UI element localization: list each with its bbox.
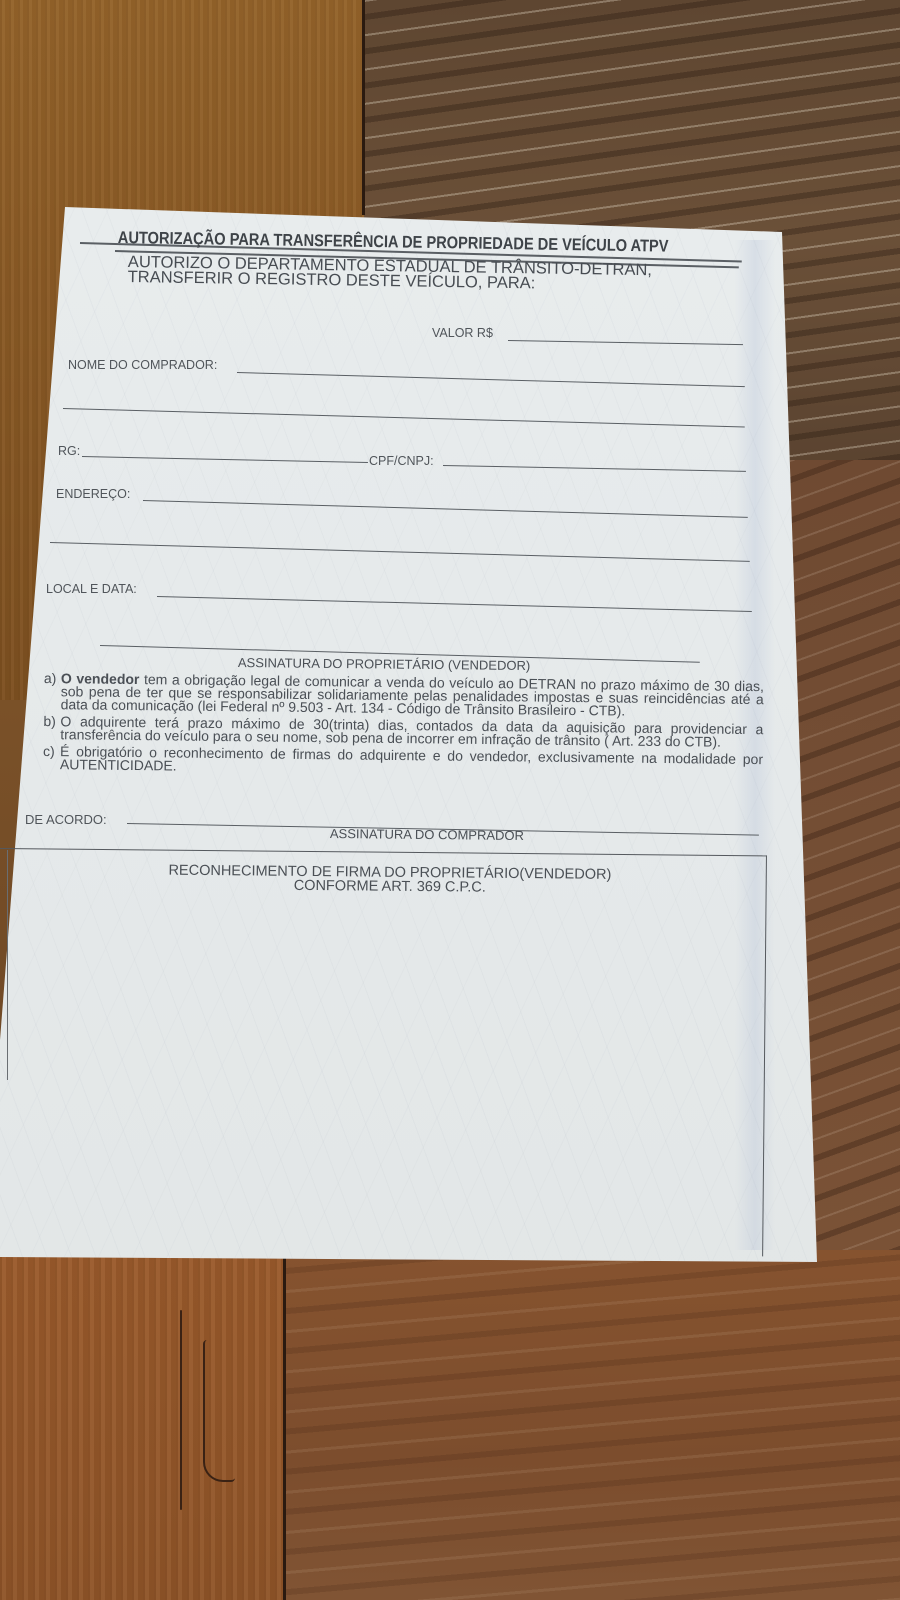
endereco-field[interactable] bbox=[143, 500, 748, 518]
form-subtitle: AUTORIZO O DEPARTAMENTO ESTADUAL DE TRÂN… bbox=[128, 255, 653, 293]
note-body: tem a obrigação legal de comunicar a ven… bbox=[61, 671, 764, 719]
rg-field[interactable] bbox=[82, 456, 368, 463]
note-text: É obrigatório o reconhecimento de firmas… bbox=[60, 745, 763, 779]
atpv-form: AUTORIZAÇÃO PARA TRANSFERÊNCIA DE PROPRI… bbox=[0, 0, 900, 1600]
note-c: c) É obrigatório o reconhecimento de fir… bbox=[43, 745, 763, 779]
valor-field[interactable] bbox=[508, 340, 743, 345]
de-acordo-label: DE ACORDO: bbox=[25, 812, 107, 827]
note-marker: a) bbox=[44, 672, 61, 711]
legal-notes: a) O vendedor tem a obrigação legal de c… bbox=[43, 672, 764, 783]
nome-comprador-field-line2[interactable] bbox=[63, 408, 745, 427]
cpf-cnpj-label: CPF/CNPJ: bbox=[369, 454, 434, 468]
cpf-cnpj-field[interactable] bbox=[443, 465, 746, 472]
buyer-signature-caption: ASSINATURA DO COMPRADOR bbox=[330, 826, 524, 843]
valor-label: VALOR R$ bbox=[432, 326, 493, 340]
nome-comprador-label: NOME DO COMPRADOR: bbox=[68, 358, 217, 372]
notary-recognition-box[interactable] bbox=[0, 848, 767, 1256]
note-text: O vendedor tem a obrigação legal de comu… bbox=[61, 672, 764, 719]
note-marker: b) bbox=[43, 715, 60, 741]
rg-label: RG: bbox=[58, 444, 80, 458]
seller-signature-caption: ASSINATURA DO PROPRIETÁRIO (VENDEDOR) bbox=[238, 655, 530, 673]
note-marker: c) bbox=[43, 745, 60, 771]
endereco-field-line2[interactable] bbox=[50, 542, 750, 562]
endereco-label: ENDEREÇO: bbox=[56, 487, 130, 501]
note-a: a) O vendedor tem a obrigação legal de c… bbox=[44, 672, 764, 719]
local-data-label: LOCAL E DATA: bbox=[46, 582, 137, 596]
nome-comprador-field[interactable] bbox=[237, 372, 745, 387]
local-data-field[interactable] bbox=[157, 596, 752, 612]
